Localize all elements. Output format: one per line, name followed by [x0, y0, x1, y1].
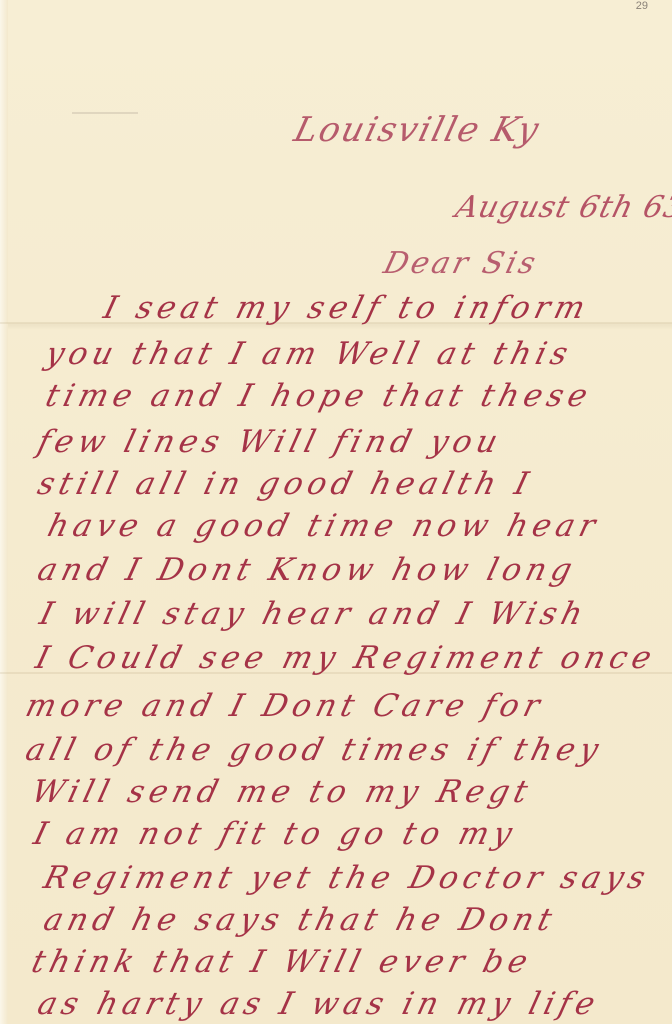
body-line: few lines Will find you: [34, 424, 506, 460]
body-line: and he says that he Dont: [40, 902, 560, 938]
letter-place: Louisville Ky: [290, 110, 544, 150]
body-line: time and I hope that these: [42, 378, 596, 414]
paper-left-edge: [0, 0, 8, 1024]
body-line: as harty as I was in my life: [34, 986, 604, 1022]
faded-mark: [72, 82, 138, 114]
letter-salutation: Dear Sis: [380, 246, 542, 281]
body-line: more and I Dont Care for: [22, 688, 548, 724]
body-line: I will stay hear and I Wish: [36, 596, 591, 632]
body-line: I Could see my Regiment once: [32, 640, 660, 676]
page-number: 29: [636, 0, 648, 12]
body-line: you that I am Well at this: [42, 336, 576, 372]
body-line: and I Dont Know how long: [34, 552, 581, 588]
letter-date: August 6th 63: [452, 190, 672, 225]
body-line: Regiment yet the Doctor says: [40, 860, 654, 896]
letter-page: 29 Louisville Ky August 6th 63 Dear Sis …: [0, 0, 672, 1024]
body-line: have a good time now hear: [44, 508, 604, 544]
body-line: I am not fit to go to my: [30, 816, 521, 852]
body-line: think that I Will ever be: [28, 944, 536, 980]
body-line: I seat my self to inform: [100, 290, 594, 326]
body-line: all of the good times if they: [22, 732, 607, 768]
body-line: Will send me to my Regt: [28, 774, 536, 810]
body-line: still all in good health I: [34, 466, 537, 502]
